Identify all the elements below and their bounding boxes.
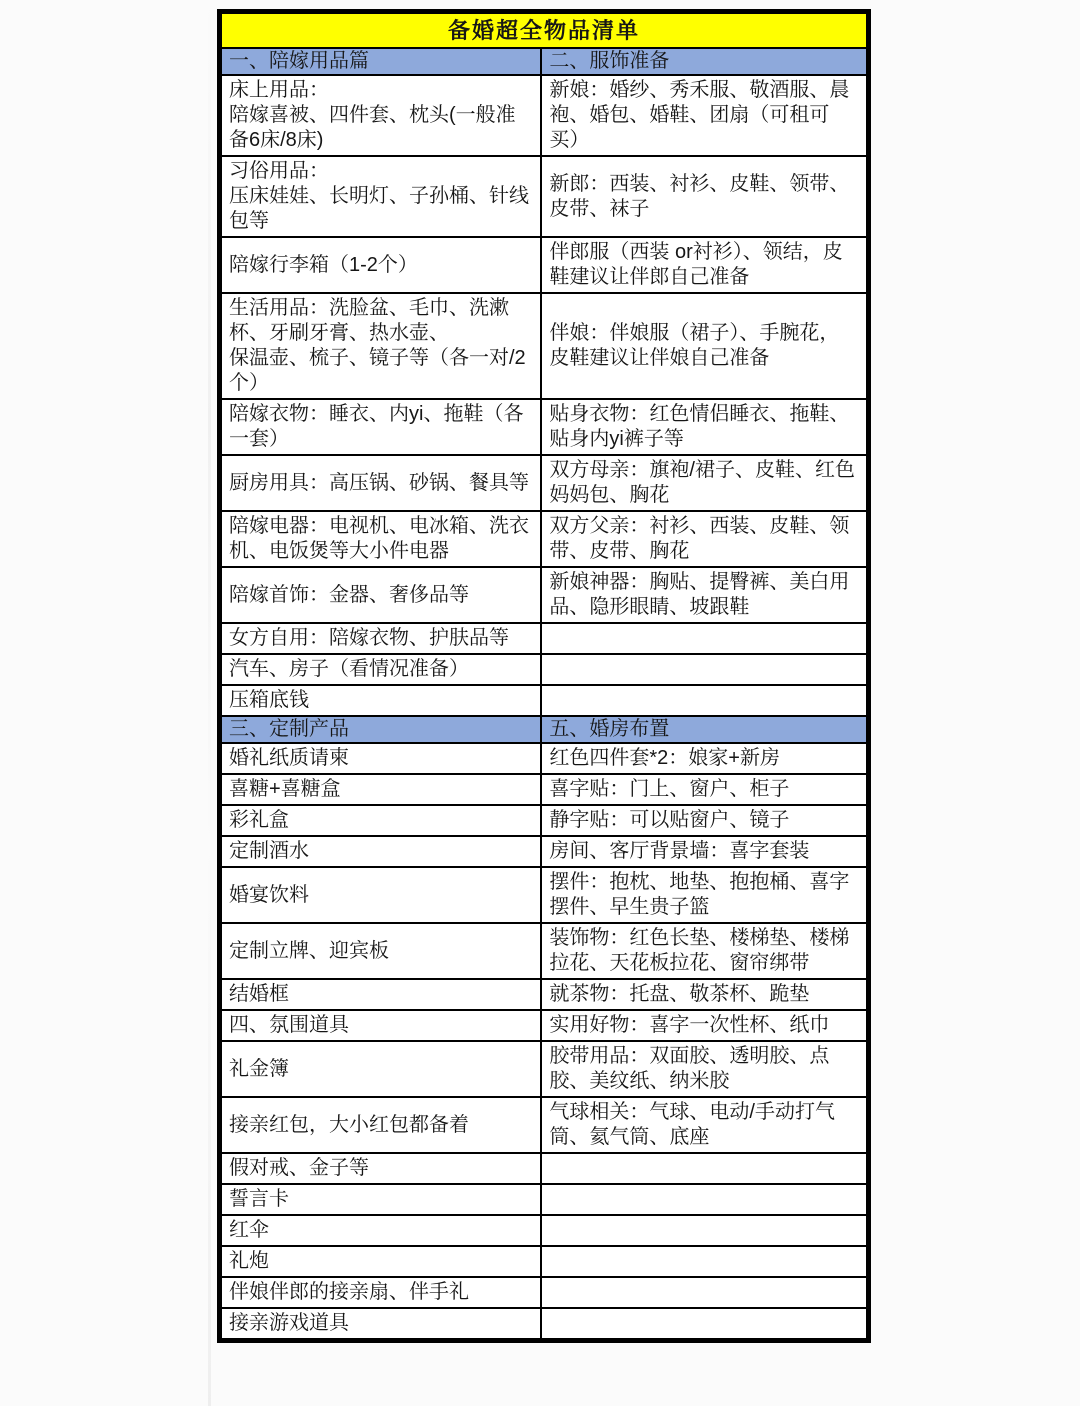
item-cell-right: 双方父亲：衬衫、西装、皮鞋、领带、皮带、胸花	[541, 511, 868, 567]
item-row: 结婚框就茶物：托盘、敬茶杯、跪垫	[220, 979, 869, 1010]
item-cell-right	[541, 654, 868, 685]
item-cell-left: 喜糖+喜糖盒	[220, 774, 542, 805]
item-row: 厨房用具：高压锅、砂锅、餐具等双方母亲：旗袍/裙子、皮鞋、红色妈妈包、胸花	[220, 455, 869, 511]
item-cell-right: 红色四件套*2：娘家+新房	[541, 743, 868, 774]
item-row: 生活用品：洗脸盆、毛巾、洗漱杯、牙刷牙膏、热水壶、 保温壶、梳子、镜子等（各一对…	[220, 293, 869, 399]
item-cell-left: 四、氛围道具	[220, 1010, 542, 1041]
item-cell-right	[541, 1277, 868, 1308]
item-cell-right: 气球相关：气球、电动/手动打气筒、氦气筒、底座	[541, 1097, 868, 1153]
item-cell-left: 誓言卡	[220, 1184, 542, 1215]
item-row: 陪嫁电器：电视机、电冰箱、洗衣机、电饭煲等大小件电器双方父亲：衬衫、西装、皮鞋、…	[220, 511, 869, 567]
section-header-row: 一、陪嫁用品篇二、服饰准备	[220, 48, 869, 75]
item-cell-left: 床上用品： 陪嫁喜被、四件套、枕头(一般准备6床/8床)	[220, 75, 542, 156]
item-row: 压箱底钱	[220, 685, 869, 716]
item-cell-left: 礼金簿	[220, 1041, 542, 1097]
item-cell-left: 陪嫁首饰：金器、奢侈品等	[220, 567, 542, 623]
item-row: 伴娘伴郎的接亲扇、伴手礼	[220, 1277, 869, 1308]
item-cell-left: 假对戒、金子等	[220, 1153, 542, 1184]
item-row: 陪嫁首饰：金器、奢侈品等新娘神器：胸贴、提臀裤、美白用品、隐形眼睛、坡跟鞋	[220, 567, 869, 623]
item-cell-right: 新郎：西装、衬衫、皮鞋、领带、皮带、袜子	[541, 156, 868, 237]
wedding-checklist-table: 备婚超全物品清单 一、陪嫁用品篇二、服饰准备床上用品： 陪嫁喜被、四件套、枕头(…	[217, 9, 871, 1343]
item-cell-right: 新娘神器：胸贴、提臀裤、美白用品、隐形眼睛、坡跟鞋	[541, 567, 868, 623]
item-cell-right: 喜字贴：门上、窗户、柜子	[541, 774, 868, 805]
item-cell-left: 彩礼盒	[220, 805, 542, 836]
item-cell-left: 礼炮	[220, 1246, 542, 1277]
item-cell-left: 陪嫁行李箱（1-2个）	[220, 237, 542, 293]
item-cell-left: 红伞	[220, 1215, 542, 1246]
checklist-table-container: 备婚超全物品清单 一、陪嫁用品篇二、服饰准备床上用品： 陪嫁喜被、四件套、枕头(…	[217, 9, 871, 1343]
item-cell-left: 定制立牌、迎宾板	[220, 923, 542, 979]
item-row: 礼金簿胶带用品：双面胶、透明胶、点胶、美纹纸、纳米胶	[220, 1041, 869, 1097]
item-cell-right: 双方母亲：旗袍/裙子、皮鞋、红色妈妈包、胸花	[541, 455, 868, 511]
item-cell-left: 压箱底钱	[220, 685, 542, 716]
item-row: 彩礼盒静字贴：可以贴窗户、镜子	[220, 805, 869, 836]
item-row: 喜糖+喜糖盒喜字贴：门上、窗户、柜子	[220, 774, 869, 805]
item-row: 红伞	[220, 1215, 869, 1246]
item-cell-right: 新娘：婚纱、秀禾服、敬酒服、晨袍、婚包、婚鞋、团扇（可租可买）	[541, 75, 868, 156]
item-cell-right: 装饰物：红色长垫、楼梯垫、楼梯拉花、天花板拉花、窗帘绑带	[541, 923, 868, 979]
section-header-cell-left: 三、定制产品	[220, 716, 542, 743]
section-header-cell-right: 五、婚房布置	[541, 716, 868, 743]
item-cell-right: 贴身衣物：红色情侣睡衣、拖鞋、贴身内yi裤子等	[541, 399, 868, 455]
item-row: 誓言卡	[220, 1184, 869, 1215]
item-row: 定制酒水房间、客厅背景墙：喜字套装	[220, 836, 869, 867]
item-row: 床上用品： 陪嫁喜被、四件套、枕头(一般准备6床/8床)新娘：婚纱、秀禾服、敬酒…	[220, 75, 869, 156]
item-cell-right	[541, 1215, 868, 1246]
item-row: 陪嫁衣物：睡衣、内yi、拖鞋（各一套）贴身衣物：红色情侣睡衣、拖鞋、贴身内yi裤…	[220, 399, 869, 455]
item-cell-left: 接亲游戏道具	[220, 1308, 542, 1341]
item-cell-right	[541, 1184, 868, 1215]
item-cell-left: 陪嫁电器：电视机、电冰箱、洗衣机、电饭煲等大小件电器	[220, 511, 542, 567]
item-cell-left: 生活用品：洗脸盆、毛巾、洗漱杯、牙刷牙膏、热水壶、 保温壶、梳子、镜子等（各一对…	[220, 293, 542, 399]
item-cell-left: 女方自用：陪嫁衣物、护肤品等	[220, 623, 542, 654]
item-cell-left: 习俗用品： 压床娃娃、长明灯、子孙桶、针线包等	[220, 156, 542, 237]
item-cell-left: 厨房用具：高压锅、砂锅、餐具等	[220, 455, 542, 511]
item-cell-right: 实用好物：喜字一次性杯、纸巾	[541, 1010, 868, 1041]
item-row: 婚宴饮料摆件：抱枕、地垫、抱抱桶、喜字摆件、早生贵子篮	[220, 867, 869, 923]
item-row: 女方自用：陪嫁衣物、护肤品等	[220, 623, 869, 654]
item-cell-left: 伴娘伴郎的接亲扇、伴手礼	[220, 1277, 542, 1308]
table-title: 备婚超全物品清单	[220, 12, 869, 49]
section-header-cell-right: 二、服饰准备	[541, 48, 868, 75]
item-row: 四、氛围道具实用好物：喜字一次性杯、纸巾	[220, 1010, 869, 1041]
item-row: 婚礼纸质请柬红色四件套*2：娘家+新房	[220, 743, 869, 774]
checklist-table-body: 备婚超全物品清单 一、陪嫁用品篇二、服饰准备床上用品： 陪嫁喜被、四件套、枕头(…	[220, 12, 869, 1341]
item-cell-left: 汽车、房子（看情况准备）	[220, 654, 542, 685]
item-row: 接亲红包，大小红包都备着气球相关：气球、电动/手动打气筒、氦气筒、底座	[220, 1097, 869, 1153]
item-cell-right	[541, 685, 868, 716]
scanned-checklist-page: 备婚超全物品清单 一、陪嫁用品篇二、服饰准备床上用品： 陪嫁喜被、四件套、枕头(…	[0, 0, 1080, 1406]
item-cell-right	[541, 623, 868, 654]
item-cell-right: 伴郎服（西装 or衬衫）、领结，皮鞋建议让伴郎自己准备	[541, 237, 868, 293]
item-cell-right	[541, 1246, 868, 1277]
item-cell-right: 静字贴：可以贴窗户、镜子	[541, 805, 868, 836]
item-cell-right: 伴娘：伴娘服（裙子）、手腕花，皮鞋建议让伴娘自己准备	[541, 293, 868, 399]
item-cell-right: 就茶物：托盘、敬茶杯、跪垫	[541, 979, 868, 1010]
item-cell-right: 摆件：抱枕、地垫、抱抱桶、喜字摆件、早生贵子篮	[541, 867, 868, 923]
item-row: 定制立牌、迎宾板装饰物：红色长垫、楼梯垫、楼梯拉花、天花板拉花、窗帘绑带	[220, 923, 869, 979]
section-header-row: 三、定制产品五、婚房布置	[220, 716, 869, 743]
item-row: 礼炮	[220, 1246, 869, 1277]
item-cell-right: 房间、客厅背景墙：喜字套装	[541, 836, 868, 867]
item-cell-left: 婚礼纸质请柬	[220, 743, 542, 774]
section-header-cell-left: 一、陪嫁用品篇	[220, 48, 542, 75]
item-cell-left: 婚宴饮料	[220, 867, 542, 923]
title-row: 备婚超全物品清单	[220, 12, 869, 49]
item-cell-left: 接亲红包，大小红包都备着	[220, 1097, 542, 1153]
item-cell-right: 胶带用品：双面胶、透明胶、点胶、美纹纸、纳米胶	[541, 1041, 868, 1097]
item-cell-left: 结婚框	[220, 979, 542, 1010]
item-cell-right	[541, 1153, 868, 1184]
item-cell-left: 陪嫁衣物：睡衣、内yi、拖鞋（各一套）	[220, 399, 542, 455]
item-row: 汽车、房子（看情况准备）	[220, 654, 869, 685]
item-row: 陪嫁行李箱（1-2个）伴郎服（西装 or衬衫）、领结，皮鞋建议让伴郎自己准备	[220, 237, 869, 293]
item-cell-left: 定制酒水	[220, 836, 542, 867]
item-row: 假对戒、金子等	[220, 1153, 869, 1184]
item-cell-right	[541, 1308, 868, 1341]
item-row: 习俗用品： 压床娃娃、长明灯、子孙桶、针线包等新郎：西装、衬衫、皮鞋、领带、皮带…	[220, 156, 869, 237]
item-row: 接亲游戏道具	[220, 1308, 869, 1341]
